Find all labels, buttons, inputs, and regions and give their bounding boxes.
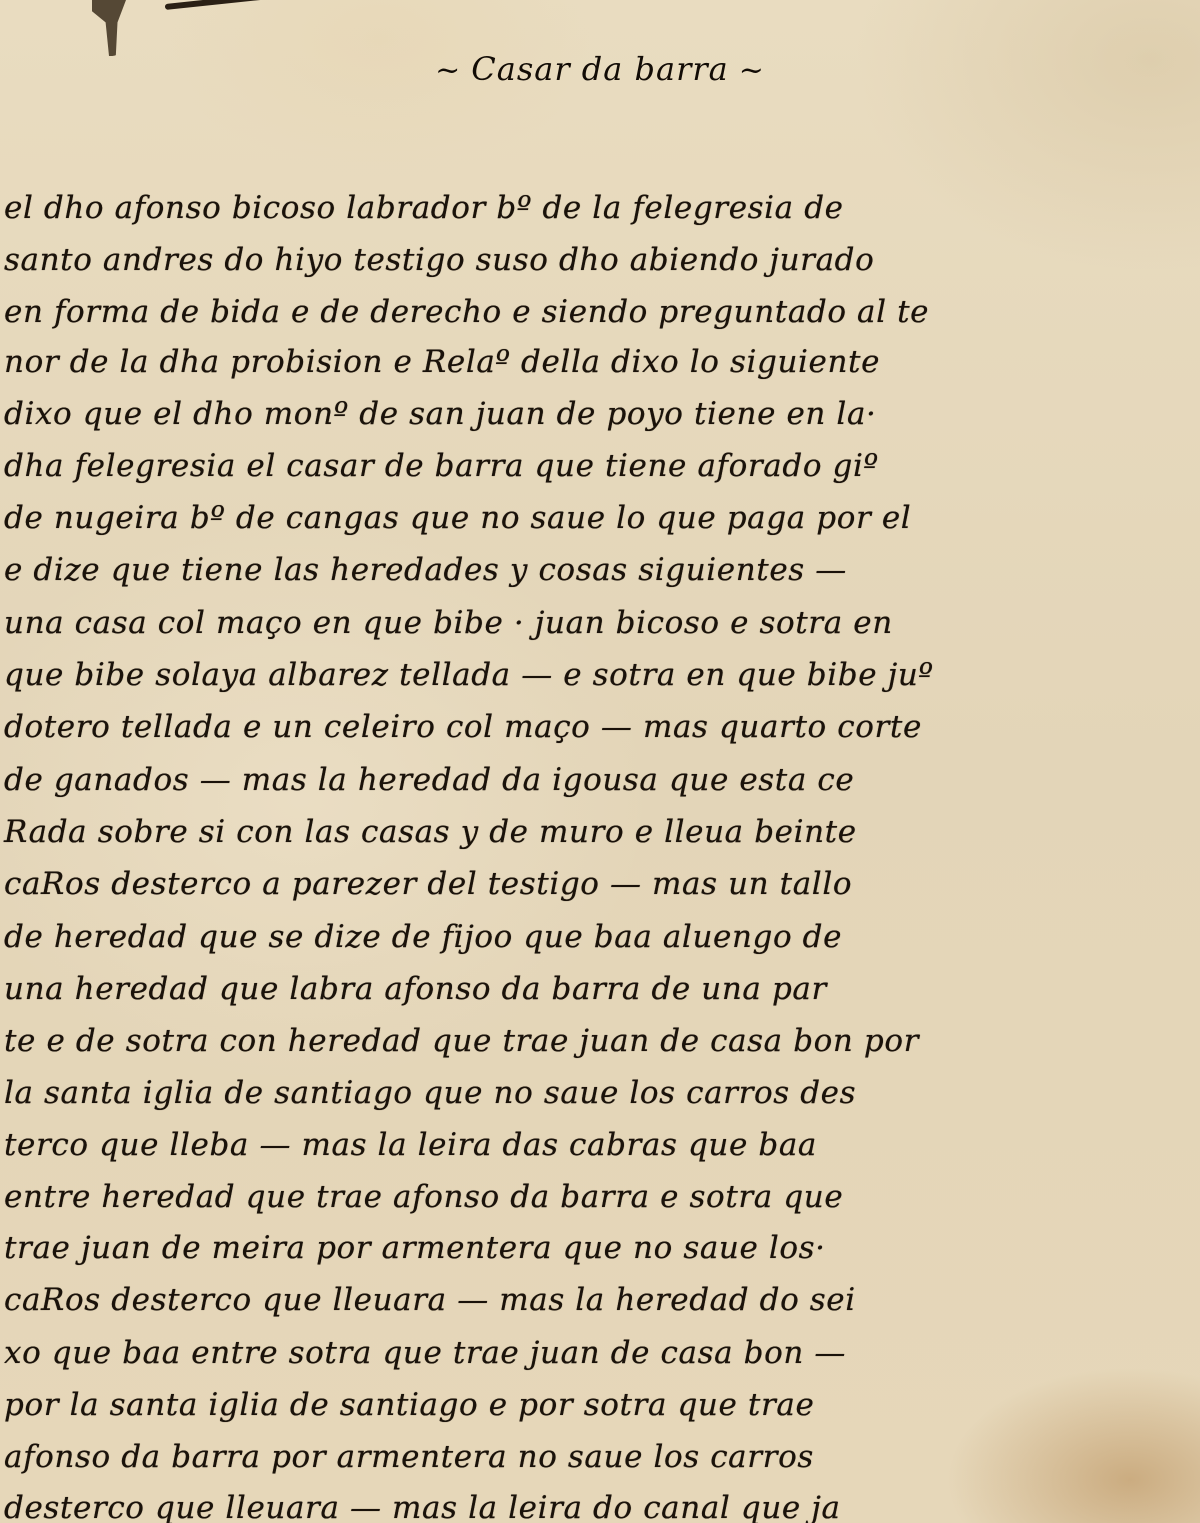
- heading-title: Casar da barra: [471, 50, 729, 88]
- text-line: afonso da barra por armentera no saue lo…: [4, 1437, 1196, 1477]
- text-line: xo que baa entre sotra que trae juan de …: [4, 1333, 1196, 1373]
- text-line: e dize que tiene las heredades y cosas s…: [4, 550, 1196, 590]
- text-line: el dho afonso bicoso labrador bº de la f…: [4, 188, 1196, 228]
- text-line: una casa col maço en que bibe · juan bic…: [4, 603, 1196, 643]
- text-line: Rada sobre si con las casas y de muro e …: [4, 812, 1196, 852]
- text-line: trae juan de meira por armentera que no …: [4, 1228, 1196, 1268]
- text-line: en forma de bida e de derecho e siendo p…: [4, 292, 1196, 332]
- text-line: de ganados — mas la heredad da igousa qu…: [4, 760, 1196, 800]
- text-line: de nugeira bº de cangas que no saue lo q…: [4, 498, 1196, 538]
- section-heading: ~Casar da barra~: [0, 50, 1200, 88]
- text-line: dha felegresia el casar de barra que tie…: [4, 446, 1196, 486]
- text-line: terco que lleba — mas la leira das cabra…: [4, 1125, 1196, 1165]
- text-line: te e de sotra con heredad que trae juan …: [4, 1021, 1196, 1061]
- text-line: la santa iglia de santiago que no saue l…: [4, 1073, 1196, 1113]
- text-line: una heredad que labra afonso da barra de…: [4, 969, 1196, 1009]
- text-line: por la santa iglia de santiago e por sot…: [4, 1385, 1196, 1425]
- right-flourish-icon: ~: [739, 53, 765, 88]
- text-line: que bibe solaya albarez tellada — e sotr…: [4, 655, 1196, 695]
- text-line: santo andres do hiyo testigo suso dho ab…: [4, 240, 1196, 280]
- text-line: dotero tellada e un celeiro col maço — m…: [4, 707, 1196, 747]
- ink-blot-ornament: [92, 0, 126, 56]
- text-line: nor de la dha probision e Relaº della di…: [4, 342, 1196, 382]
- manuscript-page: ~Casar da barra~ el dho afonso bicoso la…: [0, 0, 1200, 1523]
- text-line: de heredad que se dize de fijoo que baa …: [4, 917, 1196, 957]
- text-line: caRos desterco a parezer del testigo — m…: [4, 864, 1196, 904]
- text-line: entre heredad que trae afonso da barra e…: [4, 1177, 1196, 1217]
- text-line: dixo que el dho monº de san juan de poyo…: [4, 394, 1196, 434]
- left-flourish-icon: ~: [435, 53, 461, 88]
- text-line: caRos desterco que lleuara — mas la here…: [4, 1280, 1196, 1320]
- text-line: desterco que lleuara — mas la leira do c…: [4, 1488, 1196, 1523]
- pen-stroke-ornament: [165, 0, 315, 10]
